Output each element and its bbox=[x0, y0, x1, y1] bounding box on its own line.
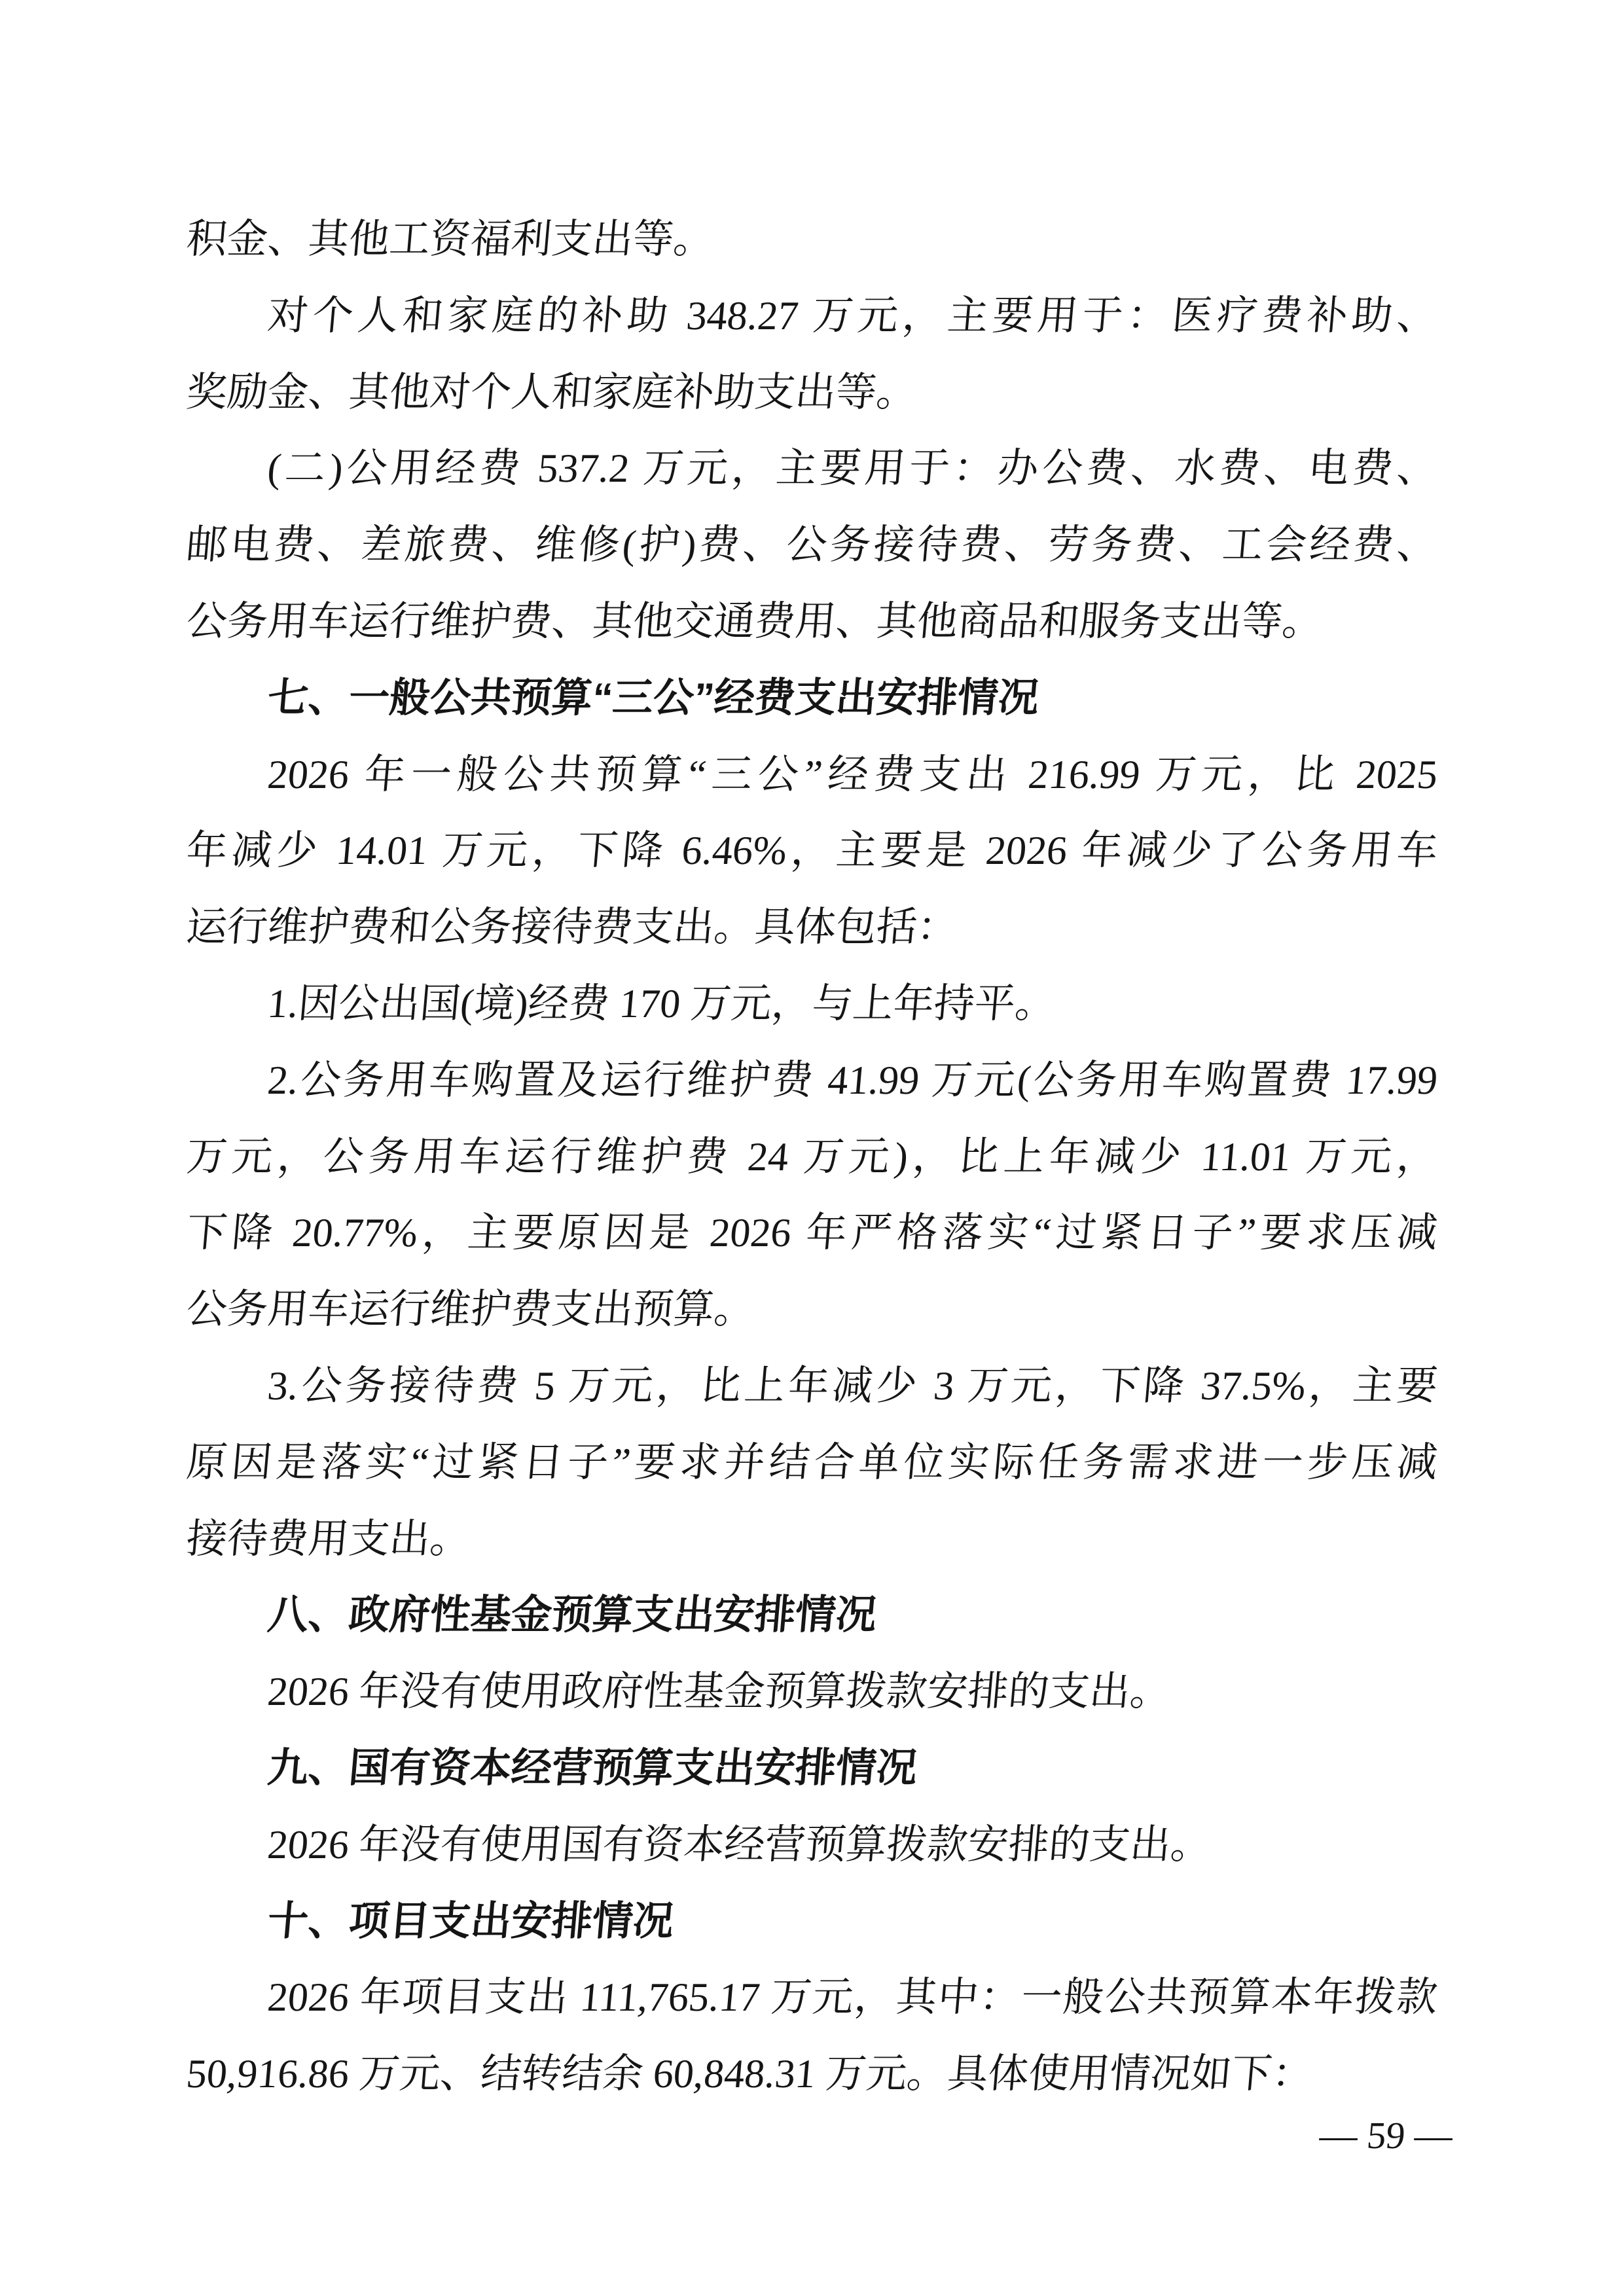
text-line: 50,916.86 万元、结转结余 60,848.31 万元。具体使用情况如下： bbox=[183, 2036, 1441, 2113]
text-line: 运行维护费和公务接待费支出。具体包括： bbox=[183, 889, 1441, 966]
text-line: 2.公务用车购置及运行维护费 41.99 万元(公务用车购置费 17.99 bbox=[183, 1043, 1441, 1119]
text-line: 十、项目支出安排情况 bbox=[183, 1884, 1441, 1960]
text-line: 九、国有资本经营预算支出安排情况 bbox=[183, 1731, 1441, 1807]
text-line: (二)公用经费 537.2 万元，主要用于：办公费、水费、电费、 bbox=[183, 431, 1441, 507]
text-line: 积金、其他工资福利支出等。 bbox=[183, 202, 1441, 278]
text-line: 接待费用支出。 bbox=[183, 1501, 1441, 1578]
text-line: 年减少 14.01 万元，下降 6.46%，主要是 2026 年减少了公务用车 bbox=[183, 813, 1441, 889]
document-page: 积金、其他工资福利支出等。对个人和家庭的补助 348.27 万元，主要用于：医疗… bbox=[0, 0, 1624, 2296]
text-line: 1.因公出国(境)经费 170 万元，与上年持平。 bbox=[183, 966, 1441, 1043]
text-line: 对个人和家庭的补助 348.27 万元，主要用于：医疗费补助、 bbox=[183, 278, 1441, 355]
text-line: 原因是落实“过紧日子”要求并结合单位实际任务需求进一步压减 bbox=[183, 1425, 1441, 1501]
text-line: 万元，公务用车运行维护费 24 万元)，比上年减少 11.01 万元， bbox=[183, 1119, 1441, 1196]
text-line: 2026 年一般公共预算“三公”经费支出 216.99 万元，比 2025 bbox=[183, 737, 1441, 814]
page-body: 积金、其他工资福利支出等。对个人和家庭的补助 348.27 万元，主要用于：医疗… bbox=[187, 202, 1437, 2113]
text-line: 3.公务接待费 5 万元，比上年减少 3 万元，下降 37.5%，主要 bbox=[183, 1348, 1441, 1425]
text-line: 奖励金、其他对个人和家庭补助支出等。 bbox=[183, 355, 1441, 431]
text-line: 下降 20.77%，主要原因是 2026 年严格落实“过紧日子”要求压减 bbox=[183, 1195, 1441, 1272]
text-line: 2026 年项目支出 111,765.17 万元，其中：一般公共预算本年拨款 bbox=[183, 1960, 1441, 2036]
text-line: 2026 年没有使用国有资本经营预算拨款安排的支出。 bbox=[183, 1807, 1441, 1884]
text-line: 八、政府性基金预算支出安排情况 bbox=[183, 1577, 1441, 1654]
text-line: 邮电费、差旅费、维修(护)费、公务接待费、劳务费、工会经费、 bbox=[183, 507, 1441, 584]
text-line: 公务用车运行维护费支出预算。 bbox=[183, 1272, 1441, 1348]
text-line: 2026 年没有使用政府性基金预算拨款安排的支出。 bbox=[183, 1654, 1441, 1731]
page-number: — 59 — bbox=[1318, 2113, 1454, 2159]
text-line: 七、一般公共预算“三公”经费支出安排情况 bbox=[183, 660, 1441, 737]
text-line: 公务用车运行维护费、其他交通费用、其他商品和服务支出等。 bbox=[183, 584, 1441, 660]
